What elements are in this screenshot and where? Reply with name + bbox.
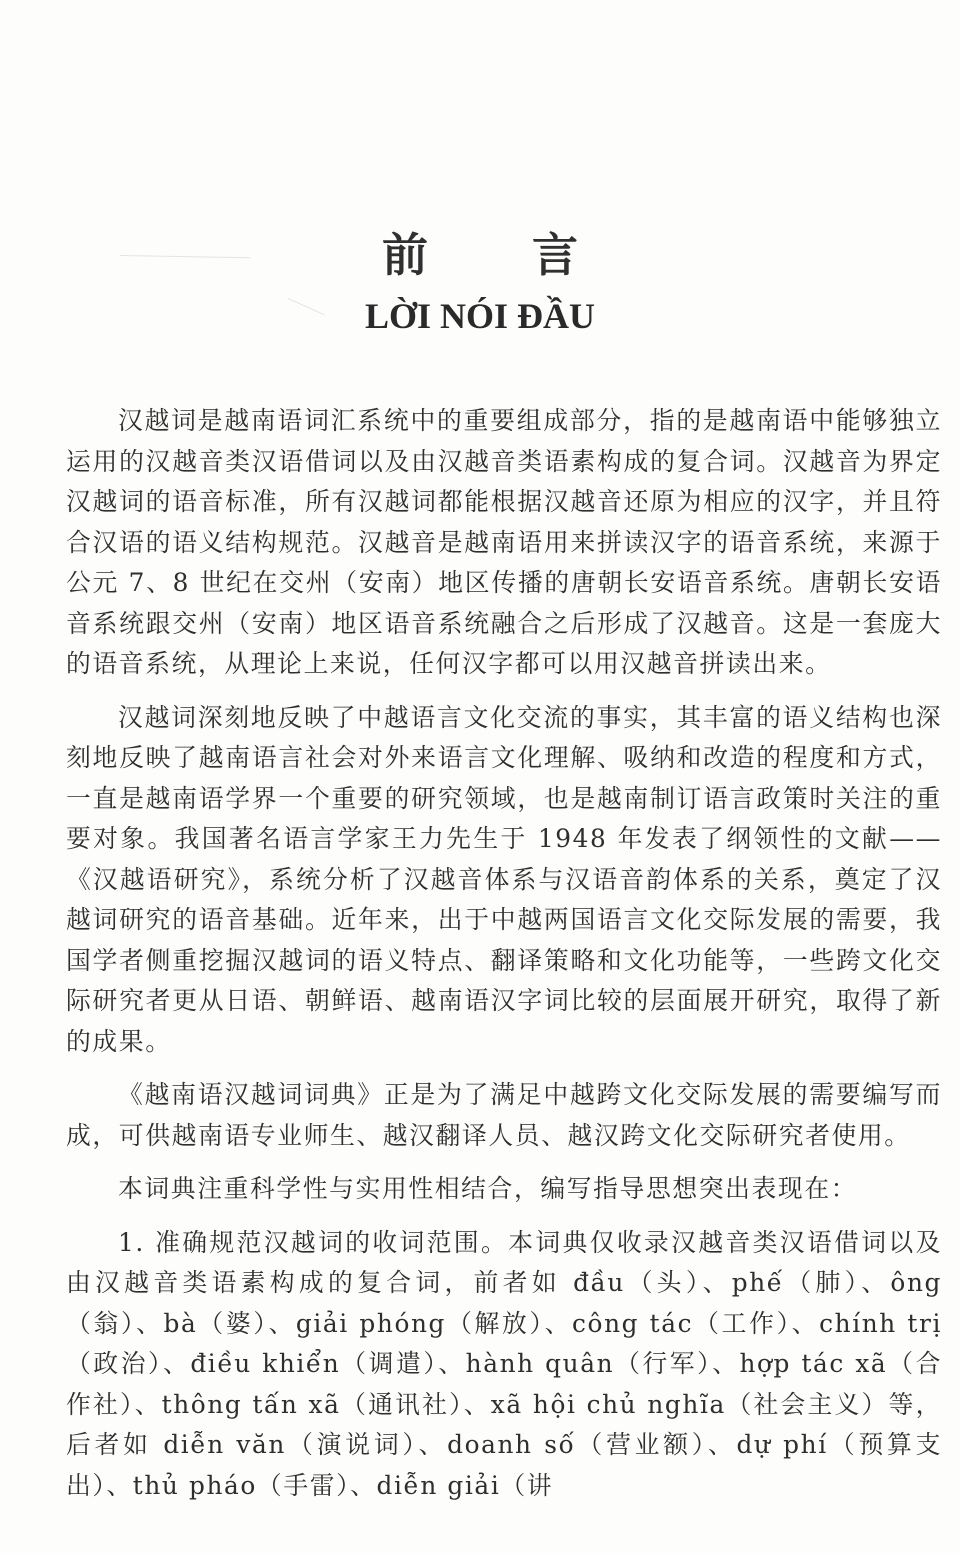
paragraph-2: 汉越词深刻地反映了中越语言文化交流的事实，其丰富的语义结构也深刻地反映了越南语言…	[66, 698, 942, 1063]
paragraph-3: 《越南语汉越词词典》正是为了满足中越跨文化交际发展的需要编写而成，可供越南语专业…	[66, 1075, 942, 1156]
paragraph-4: 本词典注重科学性与实用性相结合，编写指导思想突出表现在：	[66, 1169, 942, 1210]
paragraph-1: 汉越词是越南语词汇系统中的重要组成部分，指的是越南语中能够独立运用的汉越音类汉语…	[66, 401, 942, 685]
page-title-chinese: 前言	[0, 225, 960, 285]
paragraph-5-list-item-1: 1. 准确规范汉越词的收词范围。本词典仅收录汉越音类汉语借词以及由汉越音类语素构…	[66, 1223, 942, 1507]
document-page: 前言 LỜI NÓI ĐẦU 汉越词是越南语词汇系统中的重要组成部分，指的是越南…	[0, 0, 960, 1553]
page-title-vietnamese: LỜI NÓI ĐẦU	[0, 292, 960, 340]
preface-body: 汉越词是越南语词汇系统中的重要组成部分，指的是越南语中能够独立运用的汉越音类汉语…	[66, 401, 942, 1519]
